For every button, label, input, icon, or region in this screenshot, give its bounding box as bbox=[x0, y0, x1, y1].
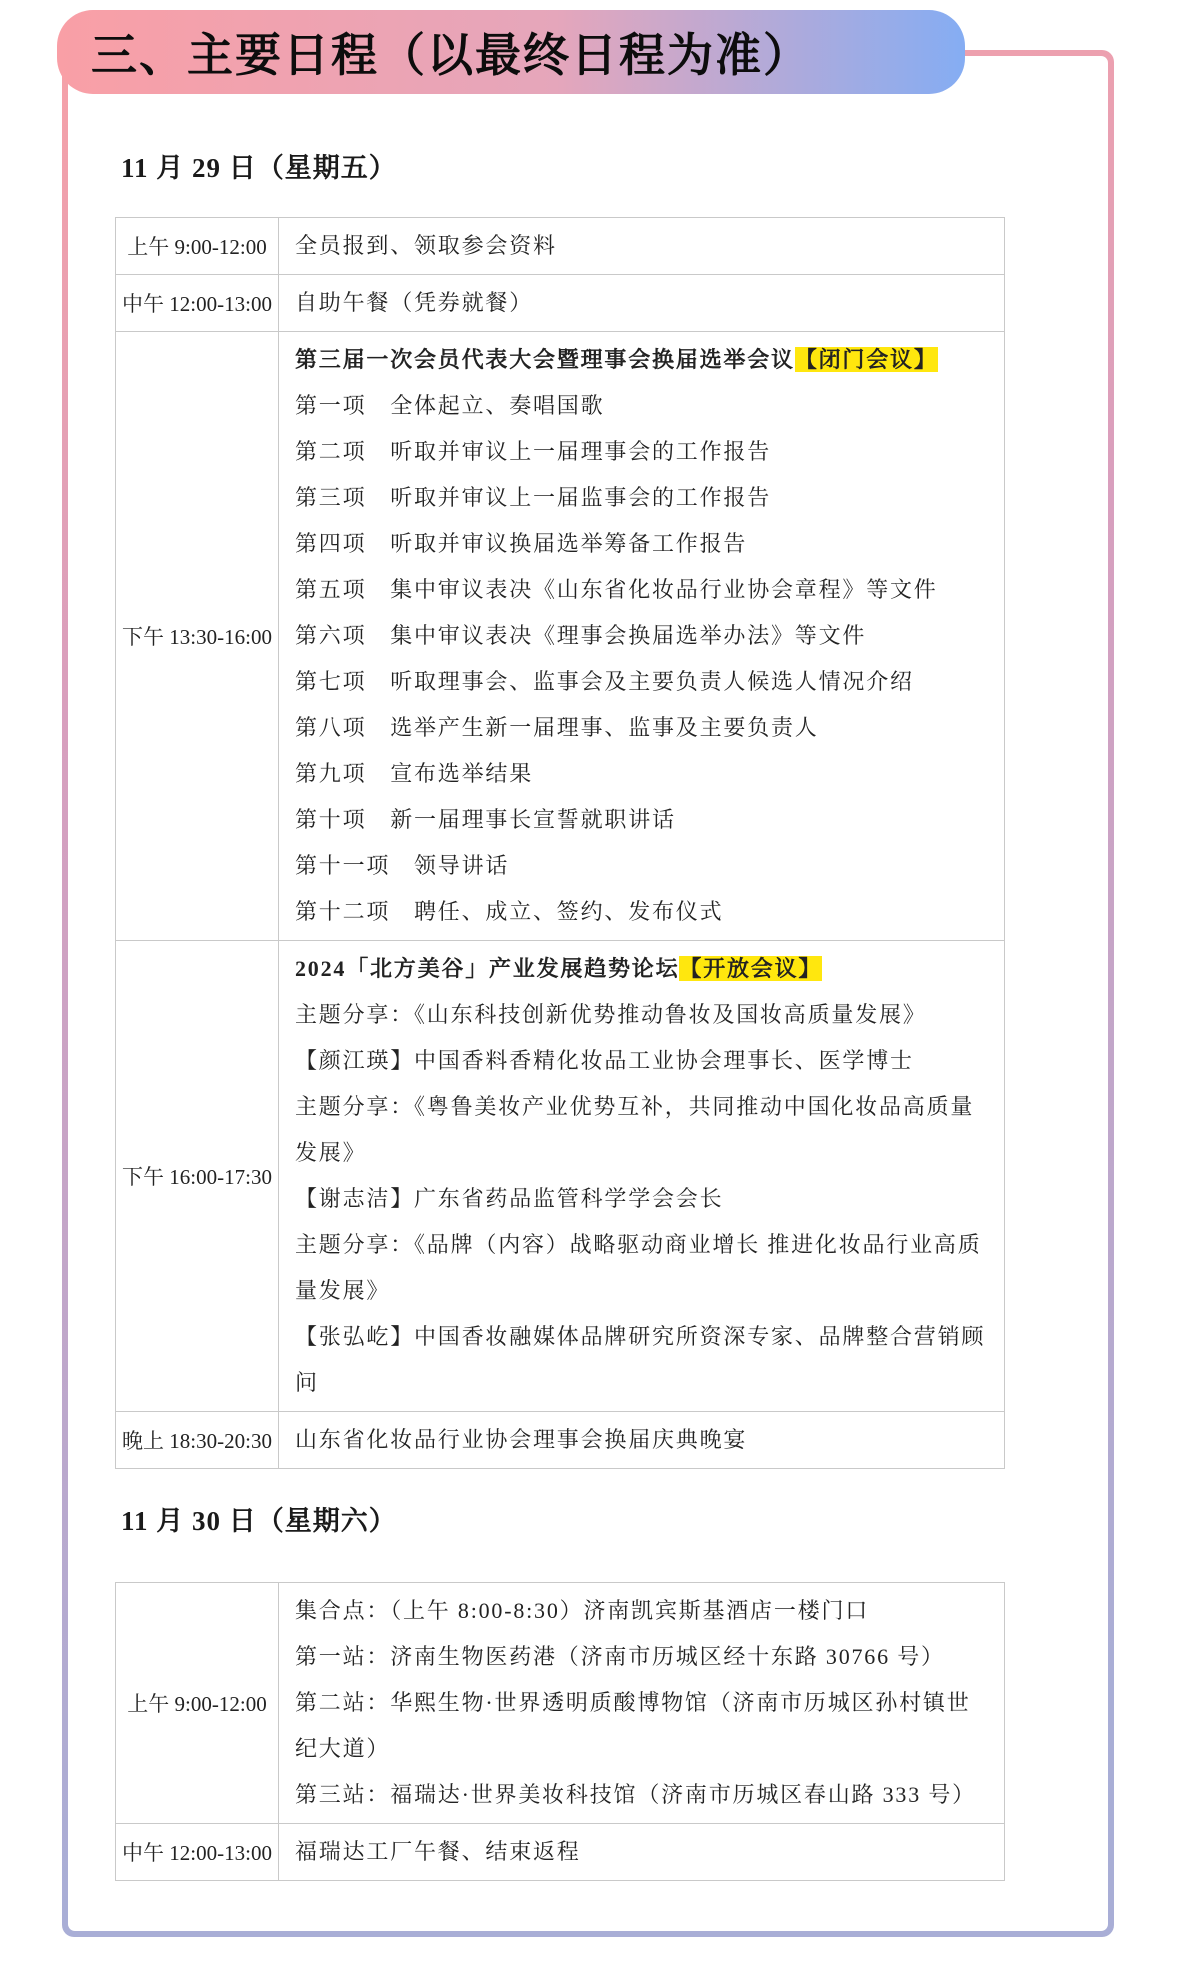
agenda-line: 第十二项 聘任、成立、签约、发布仪式 bbox=[295, 889, 988, 935]
agenda-line: 第二站：华熙生物·世界透明质酸博物馆（济南市历城区孙村镇世纪大道） bbox=[295, 1680, 988, 1772]
date-heading-day1: 11 月 29 日（星期五） bbox=[121, 146, 1005, 185]
day-section-1: 11 月 29 日（星期五） 上午 9:00-12:00全员报到、领取参会资料中… bbox=[115, 146, 1005, 1469]
agenda-line: 【张弘屹】中国香妆融媒体品牌研究所资深专家、品牌整合营销顾问 bbox=[295, 1314, 988, 1406]
agenda-line: 【颜江瑛】中国香料香精化妆品工业协会理事长、医学博士 bbox=[295, 1038, 988, 1084]
agenda-text: 主题分享：《品牌（内容）战略驱动商业增长 推进化妆品行业高质量发展》 bbox=[295, 1232, 982, 1303]
agenda-cell: 第三届一次会员代表大会暨理事会换届选举会议【闭门会议】第一项 全体起立、奏唱国歌… bbox=[279, 332, 1005, 941]
schedule-row: 中午 12:00-13:00福瑞达工厂午餐、结束返程 bbox=[116, 1824, 1005, 1881]
agenda-text: 自助午餐（凭券就餐） bbox=[295, 290, 533, 315]
agenda-cell: 集合点：（上午 8:00-8:30）济南凯宾斯基酒店一楼门口第一站：济南生物医药… bbox=[279, 1583, 1005, 1824]
agenda-cell: 福瑞达工厂午餐、结束返程 bbox=[279, 1824, 1005, 1881]
agenda-line: 主题分享：《品牌（内容）战略驱动商业增长 推进化妆品行业高质量发展》 bbox=[295, 1222, 988, 1314]
agenda-text: 第十二项 聘任、成立、签约、发布仪式 bbox=[295, 899, 723, 924]
agenda-line: 第五项 集中审议表决《山东省化妆品行业协会章程》等文件 bbox=[295, 567, 988, 613]
agenda-text: 山东省化妆品行业协会理事会换届庆典晚宴 bbox=[295, 1427, 747, 1452]
agenda-line: 【谢志洁】广东省药品监管科学学会会长 bbox=[295, 1176, 988, 1222]
time-cell: 上午 9:00-12:00 bbox=[116, 218, 279, 275]
agenda-text: 第二站：华熙生物·世界透明质酸博物馆（济南市历城区孙村镇世纪大道） bbox=[295, 1690, 971, 1761]
agenda-line: 山东省化妆品行业协会理事会换届庆典晚宴 bbox=[295, 1417, 988, 1463]
agenda-cell: 全员报到、领取参会资料 bbox=[279, 218, 1005, 275]
agenda-text: 福瑞达工厂午餐、结束返程 bbox=[295, 1839, 581, 1864]
agenda-text: 第三届一次会员代表大会暨理事会换届选举会议 bbox=[295, 347, 795, 372]
schedule-row: 晚上 18:30-20:30山东省化妆品行业协会理事会换届庆典晚宴 bbox=[116, 1412, 1005, 1469]
agenda-line: 第三项 听取并审议上一届监事会的工作报告 bbox=[295, 475, 988, 521]
schedule-table-day1: 上午 9:00-12:00全员报到、领取参会资料中午 12:00-13:00自助… bbox=[115, 217, 1005, 1469]
agenda-text: 全员报到、领取参会资料 bbox=[295, 233, 557, 258]
agenda-text: 【颜江瑛】中国香料香精化妆品工业协会理事长、医学博士 bbox=[295, 1048, 914, 1073]
agenda-cell: 自助午餐（凭券就餐） bbox=[279, 275, 1005, 332]
agenda-line: 第六项 集中审议表决《理事会换届选举办法》等文件 bbox=[295, 613, 988, 659]
agenda-line: 集合点：（上午 8:00-8:30）济南凯宾斯基酒店一楼门口 bbox=[295, 1588, 988, 1634]
time-cell: 中午 12:00-13:00 bbox=[116, 1824, 279, 1881]
agenda-text: 第十项 新一届理事长宣誓就职讲话 bbox=[295, 807, 676, 832]
agenda-line: 第八项 选举产生新一届理事、监事及主要负责人 bbox=[295, 705, 988, 751]
date-heading-day2: 11 月 30 日（星期六） bbox=[121, 1499, 1005, 1538]
agenda-line: 主题分享：《粤鲁美妆产业优势互补，共同推动中国化妆品高质量发展》 bbox=[295, 1084, 988, 1176]
agenda-text: 第十一项 领导讲话 bbox=[295, 853, 509, 878]
agenda-line: 第四项 听取并审议换届选举筹备工作报告 bbox=[295, 521, 988, 567]
time-cell: 下午 16:00-17:30 bbox=[116, 941, 279, 1412]
time-cell: 下午 13:30-16:00 bbox=[116, 332, 279, 941]
agenda-text: 第七项 听取理事会、监事会及主要负责人候选人情况介绍 bbox=[295, 669, 914, 694]
agenda-text: 第六项 集中审议表决《理事会换届选举办法》等文件 bbox=[295, 623, 866, 648]
agenda-text: 2024「北方美谷」产业发展趋势论坛 bbox=[295, 956, 679, 981]
schedule-row: 上午 9:00-12:00集合点：（上午 8:00-8:30）济南凯宾斯基酒店一… bbox=[116, 1583, 1005, 1824]
highlight-tag: 【开放会议】 bbox=[679, 956, 822, 981]
agenda-text: 第五项 集中审议表决《山东省化妆品行业协会章程》等文件 bbox=[295, 577, 938, 602]
agenda-line: 自助午餐（凭券就餐） bbox=[295, 280, 988, 326]
agenda-line: 第二项 听取并审议上一届理事会的工作报告 bbox=[295, 429, 988, 475]
agenda-cell: 2024「北方美谷」产业发展趋势论坛【开放会议】主题分享：《山东科技创新优势推动… bbox=[279, 941, 1005, 1412]
agenda-text: 第四项 听取并审议换届选举筹备工作报告 bbox=[295, 531, 747, 556]
time-cell: 晚上 18:30-20:30 bbox=[116, 1412, 279, 1469]
agenda-text: 主题分享：《山东科技创新优势推动鲁妆及国妆高质量发展》 bbox=[295, 1002, 927, 1027]
agenda-text: 【张弘屹】中国香妆融媒体品牌研究所资深专家、品牌整合营销顾问 bbox=[295, 1324, 985, 1395]
agenda-text: 第三项 听取并审议上一届监事会的工作报告 bbox=[295, 485, 771, 510]
time-cell: 中午 12:00-13:00 bbox=[116, 275, 279, 332]
highlight-tag: 【闭门会议】 bbox=[795, 347, 938, 372]
agenda-text: 集合点：（上午 8:00-8:30）济南凯宾斯基酒店一楼门口 bbox=[295, 1598, 869, 1623]
agenda-line: 第三届一次会员代表大会暨理事会换届选举会议【闭门会议】 bbox=[295, 337, 988, 383]
agenda-text: 第一站：济南生物医药港（济南市历城区经十东路 30766 号） bbox=[295, 1644, 945, 1669]
agenda-text: 主题分享：《粤鲁美妆产业优势互补，共同推动中国化妆品高质量发展》 bbox=[295, 1094, 974, 1165]
agenda-line: 主题分享：《山东科技创新优势推动鲁妆及国妆高质量发展》 bbox=[295, 992, 988, 1038]
agenda-text: 第三站：福瑞达·世界美妆科技馆（济南市历城区春山路 333 号） bbox=[295, 1782, 976, 1807]
agenda-text: 第九项 宣布选举结果 bbox=[295, 761, 533, 786]
agenda-line: 全员报到、领取参会资料 bbox=[295, 223, 988, 269]
schedule-row: 上午 9:00-12:00全员报到、领取参会资料 bbox=[116, 218, 1005, 275]
day-section-2: 11 月 30 日（星期六） 上午 9:00-12:00集合点：（上午 8:00… bbox=[115, 1499, 1005, 1881]
schedule-row: 下午 16:00-17:302024「北方美谷」产业发展趋势论坛【开放会议】主题… bbox=[116, 941, 1005, 1412]
agenda-line: 第十项 新一届理事长宣誓就职讲话 bbox=[295, 797, 988, 843]
time-cell: 上午 9:00-12:00 bbox=[116, 1583, 279, 1824]
agenda-line: 第九项 宣布选举结果 bbox=[295, 751, 988, 797]
agenda-text: 第二项 听取并审议上一届理事会的工作报告 bbox=[295, 439, 771, 464]
schedule-content: 11 月 29 日（星期五） 上午 9:00-12:00全员报到、领取参会资料中… bbox=[115, 128, 1005, 1881]
schedule-row: 中午 12:00-13:00自助午餐（凭券就餐） bbox=[116, 275, 1005, 332]
page-title: 三、主要日程（以最终日程为准） bbox=[91, 19, 811, 85]
agenda-line: 福瑞达工厂午餐、结束返程 bbox=[295, 1829, 988, 1875]
agenda-cell: 山东省化妆品行业协会理事会换届庆典晚宴 bbox=[279, 1412, 1005, 1469]
agenda-line: 2024「北方美谷」产业发展趋势论坛【开放会议】 bbox=[295, 946, 988, 992]
schedule-row: 下午 13:30-16:00第三届一次会员代表大会暨理事会换届选举会议【闭门会议… bbox=[116, 332, 1005, 941]
agenda-line: 第一站：济南生物医药港（济南市历城区经十东路 30766 号） bbox=[295, 1634, 988, 1680]
agenda-line: 第十一项 领导讲话 bbox=[295, 843, 988, 889]
agenda-text: 第八项 选举产生新一届理事、监事及主要负责人 bbox=[295, 715, 819, 740]
agenda-line: 第一项 全体起立、奏唱国歌 bbox=[295, 383, 988, 429]
agenda-text: 第一项 全体起立、奏唱国歌 bbox=[295, 393, 604, 418]
agenda-text: 【谢志洁】广东省药品监管科学学会会长 bbox=[295, 1186, 723, 1211]
schedule-table-day2: 上午 9:00-12:00集合点：（上午 8:00-8:30）济南凯宾斯基酒店一… bbox=[115, 1582, 1005, 1881]
title-banner: 三、主要日程（以最终日程为准） bbox=[57, 10, 965, 94]
agenda-line: 第三站：福瑞达·世界美妆科技馆（济南市历城区春山路 333 号） bbox=[295, 1772, 988, 1818]
agenda-line: 第七项 听取理事会、监事会及主要负责人候选人情况介绍 bbox=[295, 659, 988, 705]
